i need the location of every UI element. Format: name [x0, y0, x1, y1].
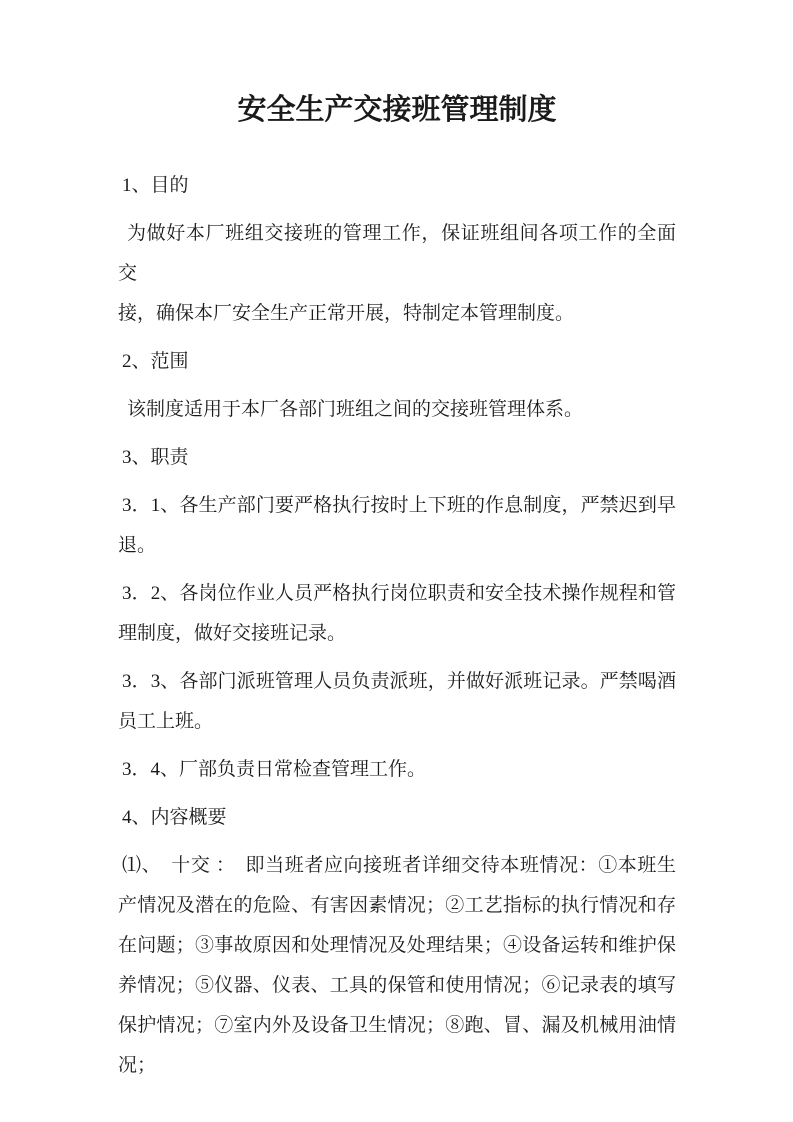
paragraph-line: 况；: [118, 1046, 676, 1086]
paragraph-duty-3-3: 3．3、各部门派班管理人员负责派班，并做好派班记录。严禁喝酒 员工上班。: [118, 662, 676, 742]
paragraph-line: 3．1、各生产部门要严格执行按时上下班的作息制度，严禁迟到早: [118, 486, 676, 526]
paragraph-line: 保护情况；⑦室内外及设备卫生情况；⑧跑、冒、漏及机械用油情: [118, 1006, 676, 1046]
paragraph-line: 养情况；⑤仪器、仪表、工具的保管和使用情况；⑥记录表的填写: [118, 966, 676, 1006]
paragraph-line: 员工上班。: [118, 702, 676, 742]
paragraph-line: 接，确保本厂安全生产正常开展，特制定本管理制度。: [118, 294, 676, 334]
paragraph-line: 在问题；③事故原因和处理情况及处理结果；④设备运转和维护保: [118, 926, 676, 966]
document-page: 安全生产交接班管理制度 1、目的 为做好本厂班组交接班的管理工作，保证班组间各项…: [0, 0, 793, 1122]
paragraph-line: 理制度，做好交接班记录。: [118, 614, 676, 654]
paragraph-purpose: 为做好本厂班组交接班的管理工作，保证班组间各项工作的全面交 接，确保本厂安全生产…: [118, 214, 676, 334]
paragraph-duty-3-2: 3．2、各岗位作业人员严格执行岗位职责和安全技术操作规程和管 理制度，做好交接班…: [118, 574, 676, 654]
document-title: 安全生产交接班管理制度: [118, 88, 676, 132]
paragraph-line: 3．4、厂部负责日常检查管理工作。: [118, 750, 676, 790]
paragraph-duty-3-4: 3．4、厂部负责日常检查管理工作。: [118, 750, 676, 790]
paragraph-scope: 该制度适用于本厂各部门班组之间的交接班管理体系。: [118, 390, 676, 430]
paragraph-line: 产情况及潜在的危险、有害因素情况；②工艺指标的执行情况和存: [118, 886, 676, 926]
paragraph-line: 3．3、各部门派班管理人员负责派班，并做好派班记录。严禁喝酒: [118, 662, 676, 702]
heading-line: 1、目的: [118, 166, 676, 206]
heading-line: 2、范围: [118, 342, 676, 382]
paragraph-line: ⑴、 十交 ： 即当班者应向接班者详细交待本班情况：①本班生: [118, 846, 676, 886]
paragraph-line: 3．2、各岗位作业人员严格执行岗位职责和安全技术操作规程和管: [118, 574, 676, 614]
section-heading-purpose: 1、目的: [118, 166, 676, 206]
heading-line: 3、职责: [118, 438, 676, 478]
paragraph-line: 退。: [118, 526, 676, 566]
heading-line: 4、内容概要: [118, 798, 676, 838]
section-heading-duties: 3、职责: [118, 438, 676, 478]
section-heading-scope: 2、范围: [118, 342, 676, 382]
section-heading-content-summary: 4、内容概要: [118, 798, 676, 838]
paragraph-line: 该制度适用于本厂各部门班组之间的交接班管理体系。: [118, 390, 676, 430]
paragraph-line: 为做好本厂班组交接班的管理工作，保证班组间各项工作的全面交: [118, 214, 676, 294]
paragraph-ten-handovers: ⑴、 十交 ： 即当班者应向接班者详细交待本班情况：①本班生 产情况及潜在的危险…: [118, 846, 676, 1086]
paragraph-duty-3-1: 3．1、各生产部门要严格执行按时上下班的作息制度，严禁迟到早 退。: [118, 486, 676, 566]
